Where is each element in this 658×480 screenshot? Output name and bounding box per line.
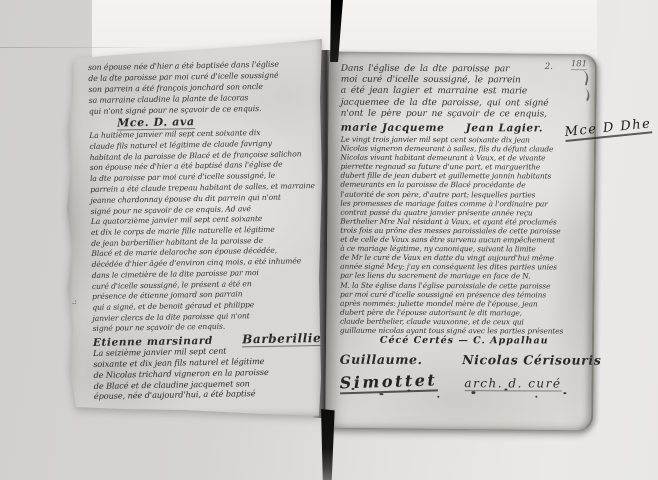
witness-signature: Nicolas Cérisouris (462, 352, 601, 367)
burial-entry-marie: La quatorzième janvier mil sept cent soi… (91, 213, 321, 335)
handwriting-line: l'autorité de son père, d'autre part; le… (340, 189, 590, 199)
left-manuscript-page: .: son épouse née d'hier a été baptisée … (64, 38, 324, 418)
ink-speck (504, 388, 507, 390)
witness-scrawl: Cécé Certés — C. Appalhau (380, 335, 549, 347)
ink-specks (349, 382, 581, 404)
spouse-signature-row: Guillaume. Nicolas Cérisouris (340, 349, 590, 371)
spine-wedge-bottom (319, 409, 336, 480)
mother-signature: marie Jacqueme (341, 122, 445, 134)
ink-speck (535, 396, 537, 398)
ink-speck (563, 392, 566, 394)
ink-speck (437, 396, 439, 398)
signature-row: marie Jacqueme Jean Lagier. Mce D Dhe (341, 120, 591, 136)
handwriting-line: par les liens du sacrement de mariage en… (340, 271, 590, 281)
handwriting-line: par moi curé d'icelle soussigné en prése… (340, 289, 590, 299)
baptism-entry-claude: La huitième janvier mil sept cent soixan… (89, 127, 318, 217)
godfather-signature: Jean Lagier. (466, 122, 543, 134)
ink-speck (379, 393, 383, 395)
manuscript-scan: .: son épouse née d'hier a été baptisée … (0, 0, 658, 480)
handwriting-line: guillaume nicolas ayant tous signé avec … (340, 326, 590, 336)
baptism-entry-jean: La seizième janvier mil sept centsoixant… (93, 344, 322, 402)
handwriting-line: a été jean lagier et marraine est marie (341, 86, 591, 98)
witness-scrawl-row: Cécé Certés — C. Appalhau (340, 335, 590, 350)
handwriting-line: jacquemee de la dte paroisse, qui ont si… (341, 97, 591, 109)
curate-flourish-signature: Mce D Dhe (564, 116, 652, 142)
ink-speck (471, 391, 475, 394)
handwriting-line: M. la Ste église dans l'église paroissia… (340, 280, 590, 290)
left-page-wrap: .: son épouse née d'hier a été baptisée … (64, 38, 324, 418)
groom-signature: Guillaume. (340, 352, 423, 367)
handwriting-line: n'ont le père pour ne sçavoir de ce enqu… (341, 109, 591, 121)
handwriting-line: demeurants en la paroisse de Blacé procé… (340, 180, 590, 190)
left-page-text: son épouse née d'hier a été baptisée dan… (88, 58, 322, 402)
margin-mark: .: (72, 298, 77, 306)
ink-speck (351, 388, 354, 390)
ink-speck (407, 389, 410, 391)
right-page-text: Dans l'église de la dte paroisse parmoi … (340, 64, 591, 395)
marriage-entry: Le vingt trois janvier mil sept cent soi… (340, 135, 591, 336)
baptism-entry-end: son épouse née d'hier a été baptisée dan… (88, 58, 317, 117)
curate-signature: Mce. D. ava (117, 115, 195, 130)
right-manuscript-page: 2. 181 Dans l'église de la dte paroisse … (325, 52, 597, 432)
baptism-entry-continuation: Dans l'église de la dte paroisse parmoi … (341, 64, 591, 121)
